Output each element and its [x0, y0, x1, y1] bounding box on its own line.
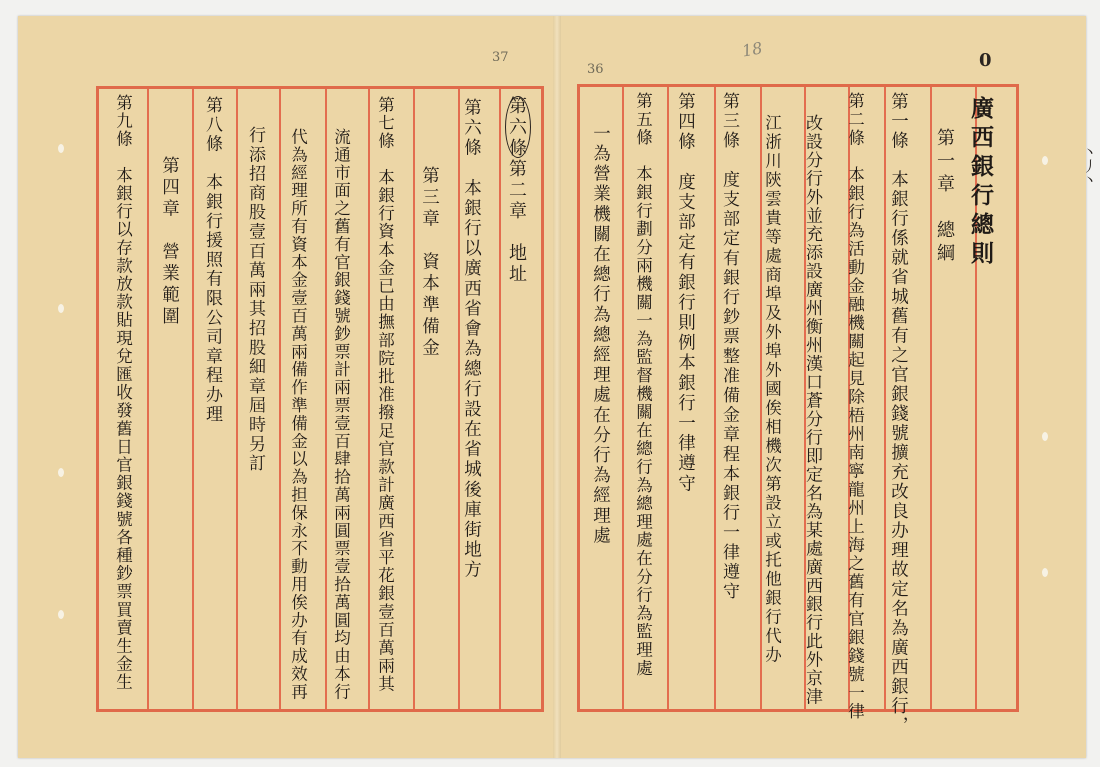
punch-hole [58, 144, 64, 153]
page-number-left: 37 [492, 50, 509, 65]
edge-fragment: 丶丿丶 [1080, 145, 1097, 187]
ruling-line [458, 89, 460, 709]
ruling-line [413, 89, 415, 709]
article-9: 第九條 本銀行以存款放款貼現兌匯收發舊日官銀錢號各種鈔票買賣生金生 [114, 94, 131, 691]
article-6: 第六條 本銀行以廣西省會為總行設在省城後庫街地方 [462, 98, 480, 580]
punch-hole [58, 610, 64, 619]
chapter-4-heading: 第四章 營業範圍 [160, 156, 178, 328]
circled-annotation [505, 96, 531, 158]
punch-hole [58, 304, 64, 313]
article-7-line-2: 流通市面之舊有官銀錢號鈔票計兩票壹百肆拾萬兩圓票壹拾萬圓均由本行 [332, 128, 349, 701]
ruling-line [147, 89, 149, 709]
ruling-line [279, 89, 281, 709]
punch-hole [1042, 156, 1048, 165]
ruling-line [667, 87, 669, 709]
ruling-line [192, 89, 194, 709]
ruling-line [325, 89, 327, 709]
article-5-line-1: 第五條 本銀行劃分兩機關一為監督機關在總行為總理處在分行為監理處 [634, 92, 651, 678]
article-2-line-1: 第二條 本銀行為活動金融機關起見除梧州南寧龍州上海之舊有官銀錢號一律 [846, 92, 863, 721]
article-7-line-3: 代為經理所有資本金壹百萬兩備作準備金以為担保永不動用俟办有成效再 [289, 128, 306, 701]
ruling-line [930, 87, 932, 709]
ruling-line [760, 87, 762, 709]
chapter-1-heading: 第一章 總綱 [935, 128, 953, 266]
page-number-right: 36 [587, 62, 604, 77]
article-4: 第四條 度支部定有銀行則例本銀行一律遵守 [676, 92, 694, 494]
ruling-line [884, 87, 886, 709]
top-right-mark: 0 [979, 50, 992, 71]
pencil-mark: 18 [741, 38, 764, 60]
article-3: 第三條 度支部定有銀行鈔票整准備金章程本銀行一律遵守 [720, 92, 737, 602]
ruling-line [499, 89, 501, 709]
article-2-line-2: 改設分行外並充添設廣州衡州漢口蒼分行即定名為某處廣西銀行此外京津 [803, 114, 820, 706]
article-7-line-1: 第七條 本銀行資本金已由撫部院批准撥足官款計廣西省平花銀壹百萬兩其 [376, 96, 393, 693]
ruling-line [714, 87, 716, 709]
document-title: 廣西銀行總則 [968, 96, 991, 270]
chapter-3-heading: 第三章 資本準備金 [420, 166, 438, 360]
article-7-line-4: 行添招商股壹百萬兩其招股細章屆時另訂 [246, 126, 263, 473]
ruling-line [622, 87, 624, 709]
ruling-line [236, 89, 238, 709]
punch-hole [1042, 432, 1048, 441]
punch-hole [1042, 568, 1048, 577]
article-5-line-2: 一為營業機關在總行為總經理處在分行為經理處 [591, 124, 609, 546]
article-1: 第一條 本銀行係就省城舊有之官銀錢號擴充改良办理故定名為廣西銀行， [889, 92, 907, 736]
article-2-line-3: 江浙川陝雲貴等處商埠及外埠外國俟相機次第設立或托他銀行代办 [763, 114, 780, 665]
article-8: 第八條 本銀行援照有限公司章程办理 [203, 96, 220, 424]
ruling-line [368, 89, 370, 709]
punch-hole [58, 468, 64, 477]
page-fold [553, 16, 561, 758]
